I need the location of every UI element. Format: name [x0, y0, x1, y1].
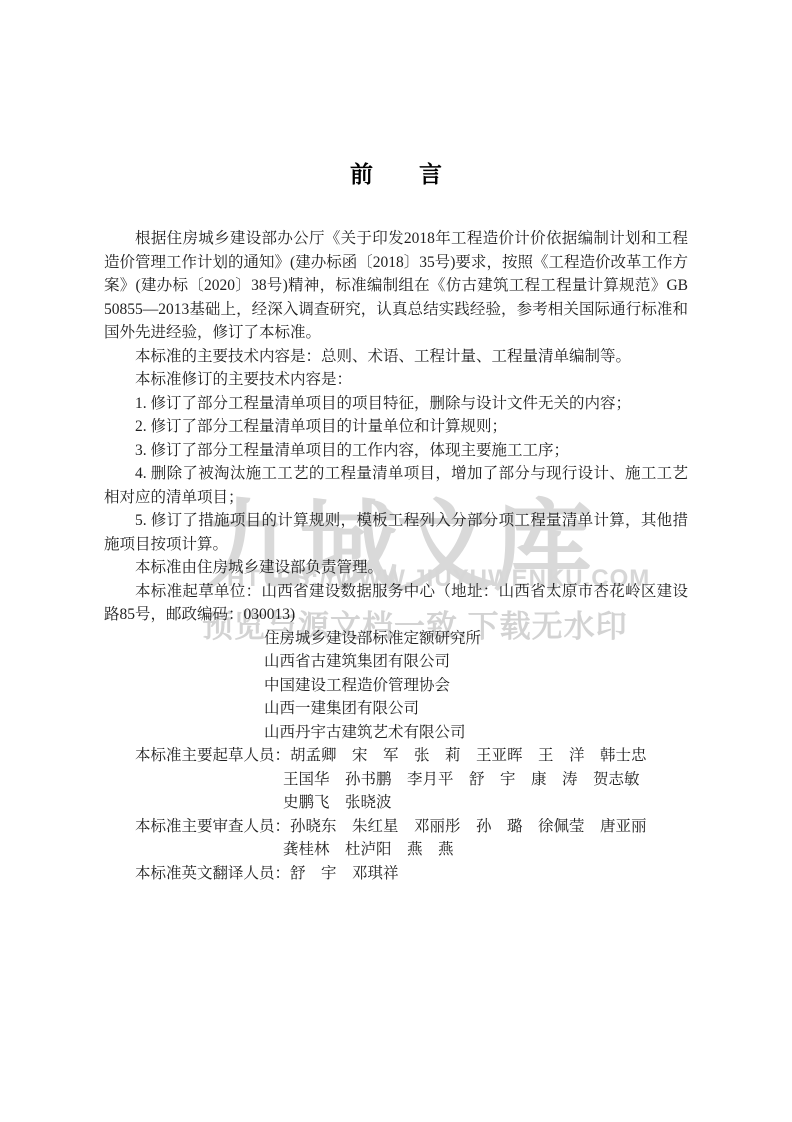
paragraph-technical-contents: 本标准的主要技术内容是：总则、术语、工程计量、工程量清单编制等。	[104, 345, 688, 369]
revision-item-3: 3. 修订了部分工程量清单项目的工作内容，体现主要施工工序；	[104, 439, 688, 463]
translators-section: 本标准英文翻译人员：舒 宇 邓琪祥	[104, 862, 688, 886]
institution: 山西省古建筑集团有限公司	[264, 650, 688, 674]
page-title: 前 言	[0, 156, 792, 189]
paragraph-drafting-unit: 本标准起草单位：山西省建设数据服务中心（地址：山西省太原市杏花岭区建设路85号，…	[104, 580, 688, 627]
reviewers-row: 龚桂林 杜泸阳 燕 燕	[283, 838, 688, 862]
revision-item-5: 5. 修订了措施项目的计算规则，模板工程列入分部分项工程量清单计算，其他措施项目…	[104, 509, 688, 556]
drafting-institutions: 住房城乡建设部标准定额研究所 山西省古建筑集团有限公司 中国建设工程造价管理协会…	[264, 627, 688, 745]
reviewers-row: 本标准主要审查人员：孙晓东 朱红星 邓丽彤 孙 璐 徐佩莹 唐亚丽	[104, 815, 688, 839]
drafters-names: 胡孟卿 宋 军 张 莉 王亚晖 王 洋 韩士忠	[290, 747, 647, 764]
revision-item-1: 1. 修订了部分工程量清单项目的项目特征，删除与设计文件无关的内容；	[104, 392, 688, 416]
translators-names: 舒 宇 邓琪祥	[290, 865, 399, 882]
translators-label: 本标准英文翻译人员：	[135, 865, 290, 882]
reviewers-section: 本标准主要审查人员：孙晓东 朱红星 邓丽彤 孙 璐 徐佩莹 唐亚丽 龚桂林 杜泸…	[104, 815, 688, 862]
document-page: 九域文库 HTTPS://WWW.JIUYUWENKU.COM 预览与源文档一致…	[0, 0, 792, 1122]
paragraph-revisions-intro: 本标准修订的主要技术内容是：	[104, 368, 688, 392]
institution: 山西一建集团有限公司	[264, 697, 688, 721]
drafters-label: 本标准主要起草人员：	[135, 747, 290, 764]
drafters-row: 本标准主要起草人员：胡孟卿 宋 军 张 莉 王亚晖 王 洋 韩士忠	[104, 744, 688, 768]
paragraph-management: 本标准由住房城乡建设部负责管理。	[104, 556, 688, 580]
drafters-row: 史鹏飞 张晓波	[283, 791, 688, 815]
institution: 住房城乡建设部标准定额研究所	[264, 627, 688, 651]
revision-item-2: 2. 修订了部分工程量清单项目的计量单位和计算规则；	[104, 415, 688, 439]
drafters-row: 王国华 孙书鹏 李月平 舒 宇 康 涛 贺志敏	[283, 768, 688, 792]
institution: 山西丹宇古建筑艺术有限公司	[264, 721, 688, 745]
institution: 中国建设工程造价管理协会	[264, 674, 688, 698]
reviewers-label: 本标准主要审查人员：	[135, 818, 290, 835]
foreword-content: 根据住房城乡建设部办公厅《关于印发2018年工程造价计价依据编制计划和工程造价管…	[104, 227, 688, 885]
translators-row: 本标准英文翻译人员：舒 宇 邓琪祥	[104, 862, 688, 886]
revision-item-4: 4. 删除了被淘汰施工工艺的工程量清单项目，增加了部分与现行设计、施工工艺相对应…	[104, 462, 688, 509]
drafters-section: 本标准主要起草人员：胡孟卿 宋 军 张 莉 王亚晖 王 洋 韩士忠 王国华 孙书…	[104, 744, 688, 815]
paragraph-basis: 根据住房城乡建设部办公厅《关于印发2018年工程造价计价依据编制计划和工程造价管…	[104, 227, 688, 345]
reviewers-names: 孙晓东 朱红星 邓丽彤 孙 璐 徐佩莹 唐亚丽	[290, 818, 647, 835]
